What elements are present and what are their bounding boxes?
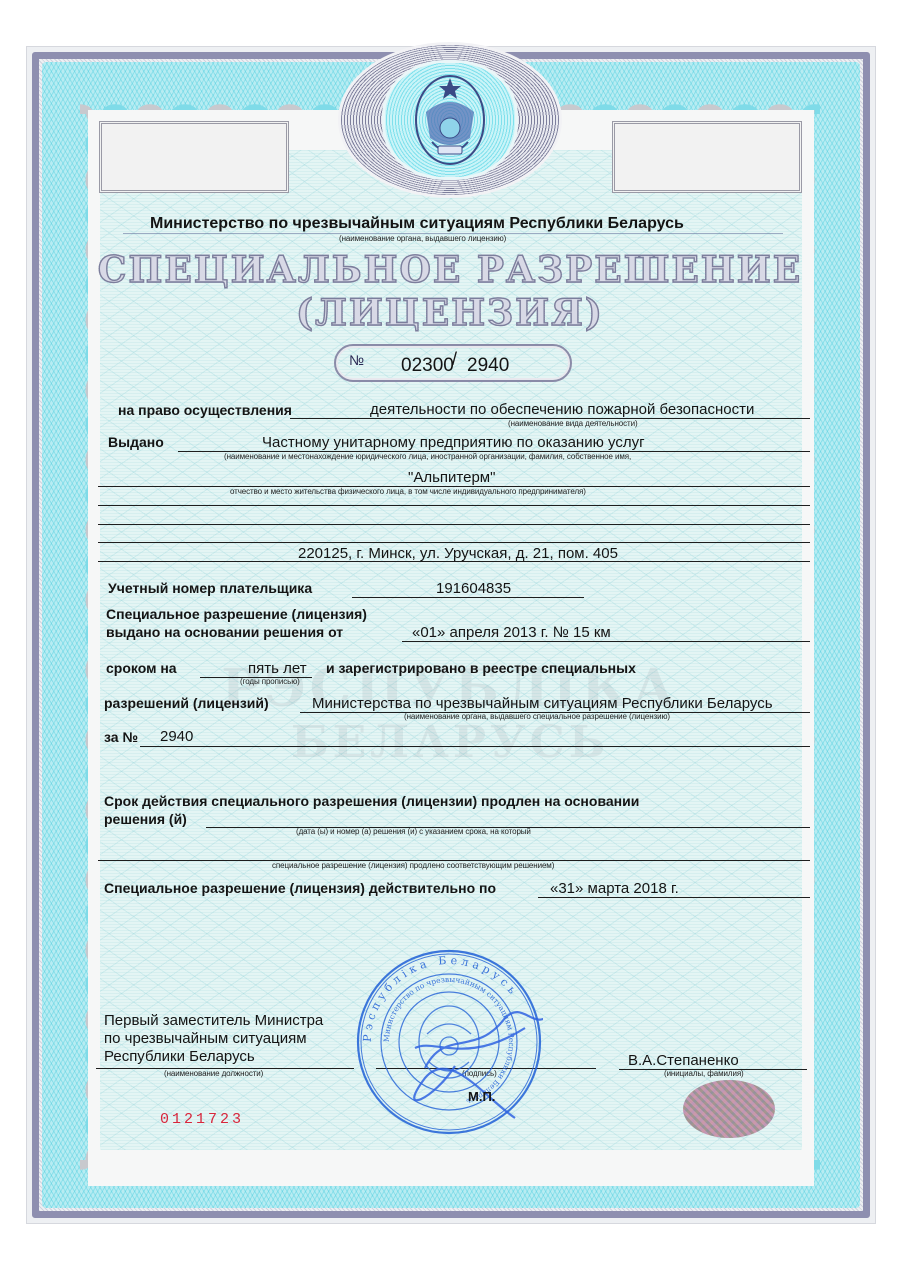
valid-until-underline xyxy=(538,897,810,898)
extension-hint-1: (дата (ы) и номер (а) решения (и) с указ… xyxy=(296,827,531,836)
coat-of-arms-medallion xyxy=(338,42,562,198)
issued-to-hint-2: отчество и место жительства физического … xyxy=(230,487,586,496)
registry-label: разрешений (лицензий) xyxy=(104,695,269,711)
stamp-inner-text: Министерство по чрезвычайным ситуациям Р… xyxy=(382,975,516,1106)
issued-to-value-line1: Частному унитарному предприятию по оказа… xyxy=(262,434,645,451)
activity-hint: (наименование вида деятельности) xyxy=(508,419,638,428)
issued-to-address: 220125, г. Минск, ул. Уручская, д. 21, п… xyxy=(298,545,618,562)
svg-text:Министерство по чрезвычайным с: Министерство по чрезвычайным ситуациям Р… xyxy=(382,975,516,1106)
extension-hint-2: специальное разрешение (лицензия) продле… xyxy=(272,861,554,870)
activity-label: на право осуществления xyxy=(118,402,292,418)
issuing-authority: Министерство по чрезвычайным ситуациям Р… xyxy=(150,215,684,233)
issued-to-underline-3 xyxy=(98,505,810,506)
number-sign: № xyxy=(349,352,364,368)
registry-number-underline xyxy=(140,746,810,747)
issuer-hint: (наименование органа, выдавшего лицензию… xyxy=(339,234,506,243)
issued-to-hint-1: (наименование и местонахождение юридичес… xyxy=(224,452,631,461)
basis-underline xyxy=(402,641,810,642)
signer-name: В.А.Степаненко xyxy=(628,1052,739,1069)
taxpayer-number-underline xyxy=(352,597,584,598)
corner-panel-left xyxy=(99,121,289,193)
document-subtitle: (ЛИЦЕНЗИЯ) xyxy=(0,292,900,334)
issued-to-underline-5 xyxy=(98,542,810,543)
issued-to-underline-4 xyxy=(98,524,810,525)
form-serial-number: 0121723 xyxy=(160,1111,244,1128)
registry-number-value: 2940 xyxy=(160,728,193,745)
signer-position-line1: Первый заместитель Министра xyxy=(104,1012,323,1029)
extension-label-line2: решения (й) xyxy=(104,811,187,827)
belarus-coat-of-arms-icon xyxy=(412,72,488,168)
term-label: сроком на xyxy=(106,660,177,676)
basis-value: «01» апреля 2013 г. № 15 км xyxy=(412,624,611,641)
issued-to-value-line2: "Альпитерм" xyxy=(408,469,495,486)
term-value: пять лет xyxy=(248,660,307,677)
document-title: СПЕЦИАЛЬНОЕ РАЗРЕШЕНИЕ xyxy=(0,249,900,291)
official-seal-stamp: Рэспублiка Беларусь Министерство по чрез… xyxy=(355,948,543,1136)
term-label-after: и зарегистрировано в реестре специальных xyxy=(326,660,636,676)
license-number-part1: 02300 xyxy=(401,355,454,377)
valid-until-label: Специальное разрешение (лицензия) действ… xyxy=(104,880,496,896)
issued-to-label: Выдано xyxy=(108,434,164,450)
license-number-part2: 2940 xyxy=(467,355,509,377)
seal-place-label: М.П. xyxy=(468,1089,495,1104)
license-number-slash: / xyxy=(452,349,457,370)
basis-label-line2: выдано на основании решения от xyxy=(106,624,343,640)
signer-name-hint: (инициалы, фамилия) xyxy=(664,1069,744,1078)
hologram-sticker xyxy=(683,1080,775,1138)
registry-hint: (наименование органа, выдавшего специаль… xyxy=(404,712,670,721)
signer-position-line3: Республики Беларусь xyxy=(104,1048,255,1065)
extension-label-line1: Срок действия специального разрешения (л… xyxy=(104,793,639,809)
registry-value: Министерства по чрезвычайным ситуациям Р… xyxy=(312,695,773,712)
taxpayer-number-value: 191604835 xyxy=(436,580,511,597)
taxpayer-number-label: Учетный номер плательщика xyxy=(108,580,312,596)
registry-number-label: за № xyxy=(104,729,138,745)
term-hint: (годы прописью) xyxy=(240,677,300,686)
activity-value: деятельности по обеспечению пожарной без… xyxy=(370,401,754,418)
corner-panel-right xyxy=(612,121,802,193)
address-underline xyxy=(98,561,810,562)
basis-label-line1: Специальное разрешение (лицензия) xyxy=(106,606,367,622)
signer-position-line2: по чрезвычайным ситуациям xyxy=(104,1030,307,1047)
position-hint: (наименование должности) xyxy=(164,1069,263,1078)
valid-until-value: «31» марта 2018 г. xyxy=(550,880,679,897)
